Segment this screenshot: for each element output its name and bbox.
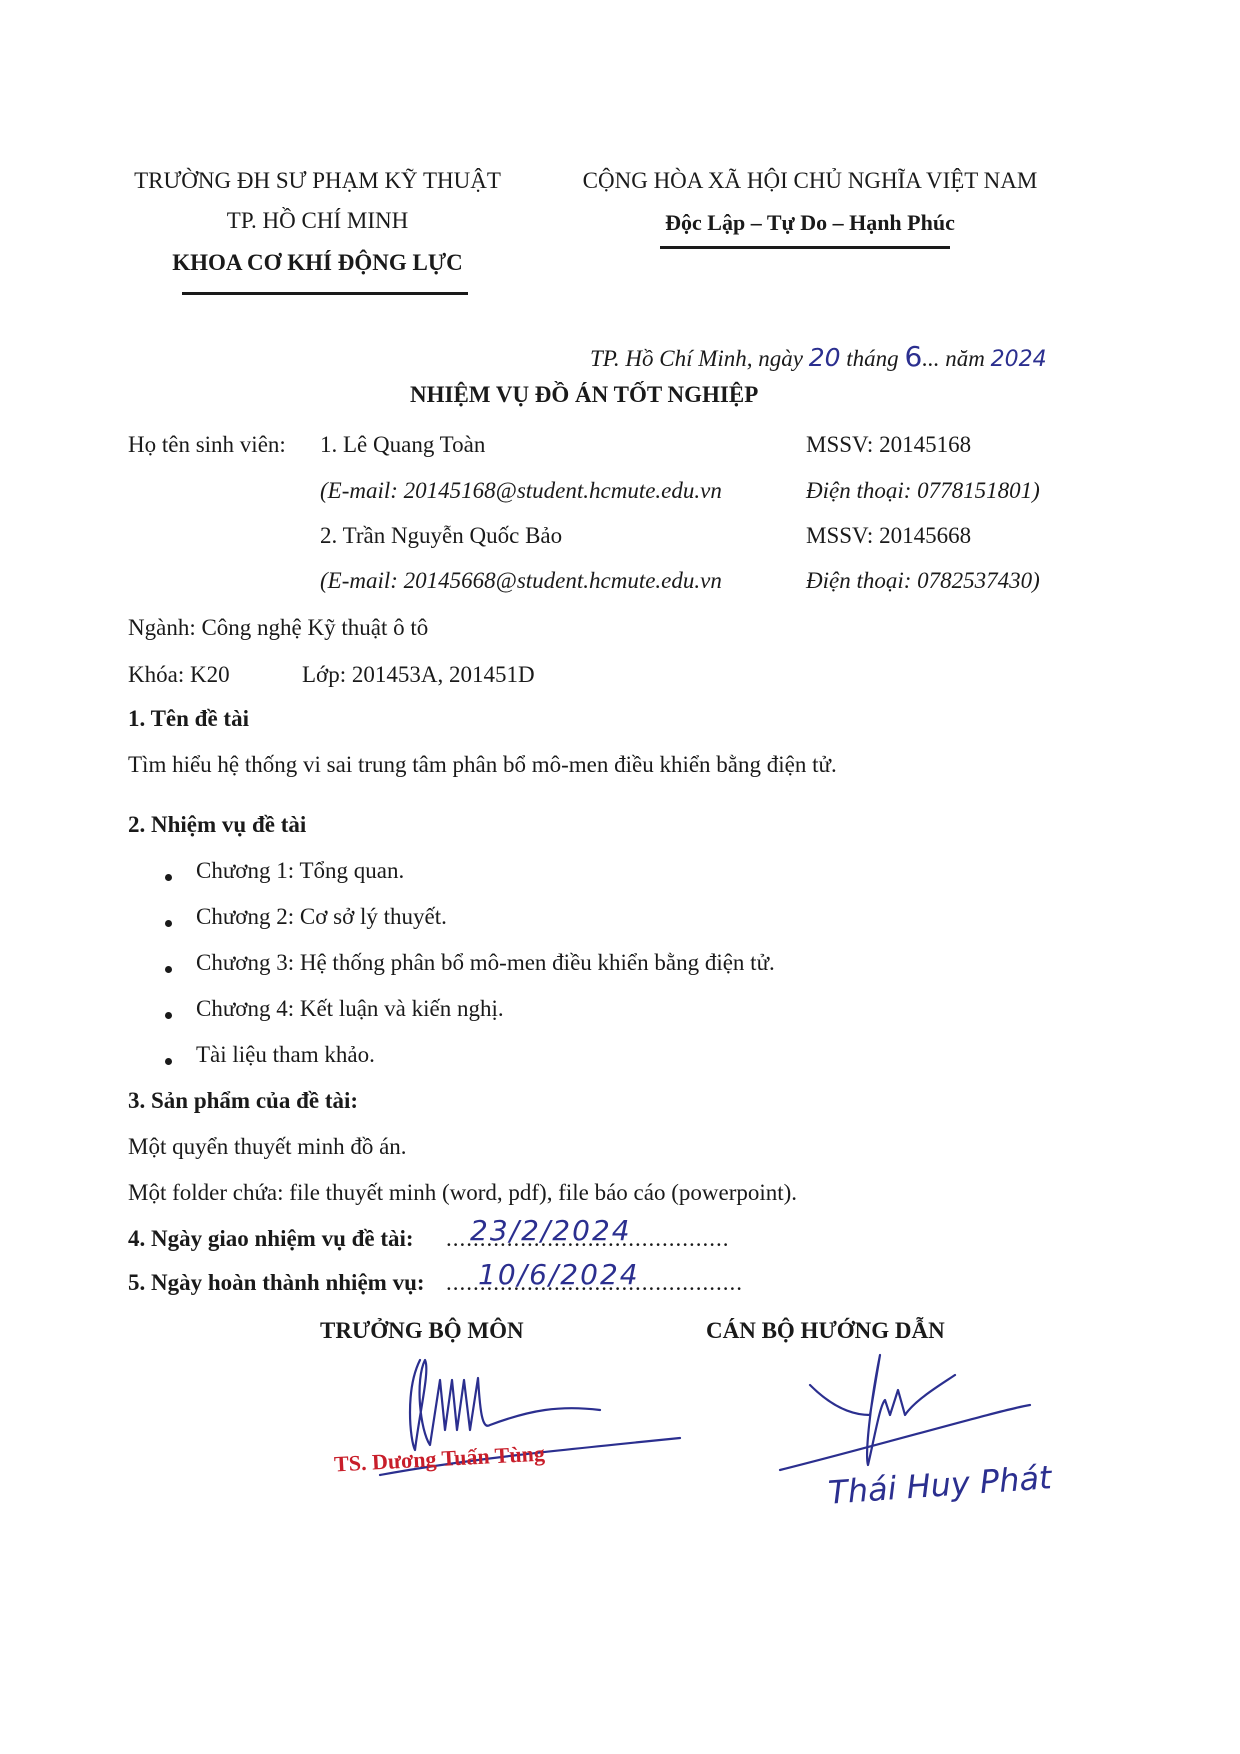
task-item: Chương 2: Cơ sở lý thuyết.: [196, 904, 447, 930]
student-1-mssv: MSSV: 20145168: [806, 432, 971, 458]
date-year-label: năm: [945, 346, 985, 371]
bullet-icon: [165, 966, 172, 973]
product-line: Một folder chứa: file thuyết minh (word,…: [128, 1180, 797, 1206]
product-line: Một quyển thuyết minh đồ án.: [128, 1134, 407, 1160]
date-prefix: TP. Hồ Chí Minh, ngày: [590, 346, 803, 371]
date-day: 20: [809, 343, 841, 372]
complete-date: 10/6/2024: [478, 1258, 640, 1291]
student-2-mssv: MSSV: 20145668: [806, 523, 971, 549]
supervisor-signature: [780, 1345, 1080, 1545]
head-of-department-title: TRƯỞNG BỘ MÔN: [320, 1318, 524, 1344]
section-1-heading: 1. Tên đề tài: [128, 706, 249, 732]
motto: Độc Lập – Tự Do – Hạnh Phúc: [565, 210, 1055, 236]
section-3-heading: 3. Sản phẩm của đề tài:: [128, 1088, 358, 1114]
bullet-icon: [165, 1058, 172, 1065]
faculty-underline: [182, 292, 468, 295]
major: Ngành: Công nghệ Kỹ thuật ô tô: [128, 615, 428, 641]
section-5-label: 5. Ngày hoàn thành nhiệm vụ:: [128, 1270, 425, 1296]
students-label: Họ tên sinh viên:: [128, 432, 286, 458]
task-item: Chương 3: Hệ thống phân bổ mô-men điều k…: [196, 950, 775, 976]
date-month: 6: [904, 340, 922, 373]
faculty-name: KHOA CƠ KHÍ ĐỘNG LỰC: [125, 250, 510, 276]
date-month-dots: ...: [922, 346, 939, 371]
head-of-department-signature: [400, 1350, 700, 1500]
task-item: Chương 1: Tổng quan.: [196, 858, 404, 884]
bullet-icon: [165, 1012, 172, 1019]
bullet-icon: [165, 874, 172, 881]
assign-date: 23/2/2024: [470, 1214, 632, 1247]
student-2-phone: Điện thoại: 0782537430): [806, 568, 1040, 594]
class-list: Lớp: 201453A, 201451D: [302, 662, 535, 688]
task-item: Chương 4: Kết luận và kiến nghị.: [196, 996, 504, 1022]
supervisor-title: CÁN BỘ HƯỚNG DẪN: [706, 1318, 945, 1344]
date-line: TP. Hồ Chí Minh, ngày 20 tháng 6... năm …: [590, 340, 1047, 373]
task-item: Tài liệu tham khảo.: [196, 1042, 375, 1068]
document-title: NHIỆM VỤ ĐỒ ÁN TỐT NGHIỆP: [410, 382, 758, 408]
student-2-name: 2. Trần Nguyễn Quốc Bảo: [320, 523, 562, 549]
student-1-phone: Điện thoại: 0778151801): [806, 478, 1040, 504]
country-name: CỘNG HÒA XÃ HỘI CHỦ NGHĨA VIỆT NAM: [565, 168, 1055, 194]
section-1-text: Tìm hiểu hệ thống vi sai trung tâm phân …: [128, 752, 837, 778]
motto-underline: [660, 246, 950, 249]
section-4-label: 4. Ngày giao nhiệm vụ đề tài:: [128, 1226, 414, 1252]
bullet-icon: [165, 920, 172, 927]
course: Khóa: K20: [128, 662, 230, 688]
student-1-email: (E-mail: 20145168@student.hcmute.edu.vn: [320, 478, 722, 504]
city-name: TP. HỒ CHÍ MINH: [125, 208, 510, 234]
date-year: 2024: [991, 347, 1047, 372]
student-1-name: 1. Lê Quang Toàn: [320, 432, 485, 458]
student-2-email: (E-mail: 20145668@student.hcmute.edu.vn: [320, 568, 722, 594]
section-2-heading: 2. Nhiệm vụ đề tài: [128, 812, 306, 838]
date-month-label: tháng: [846, 346, 898, 371]
university-name: TRƯỜNG ĐH SƯ PHẠM KỸ THUẬT: [125, 168, 510, 194]
